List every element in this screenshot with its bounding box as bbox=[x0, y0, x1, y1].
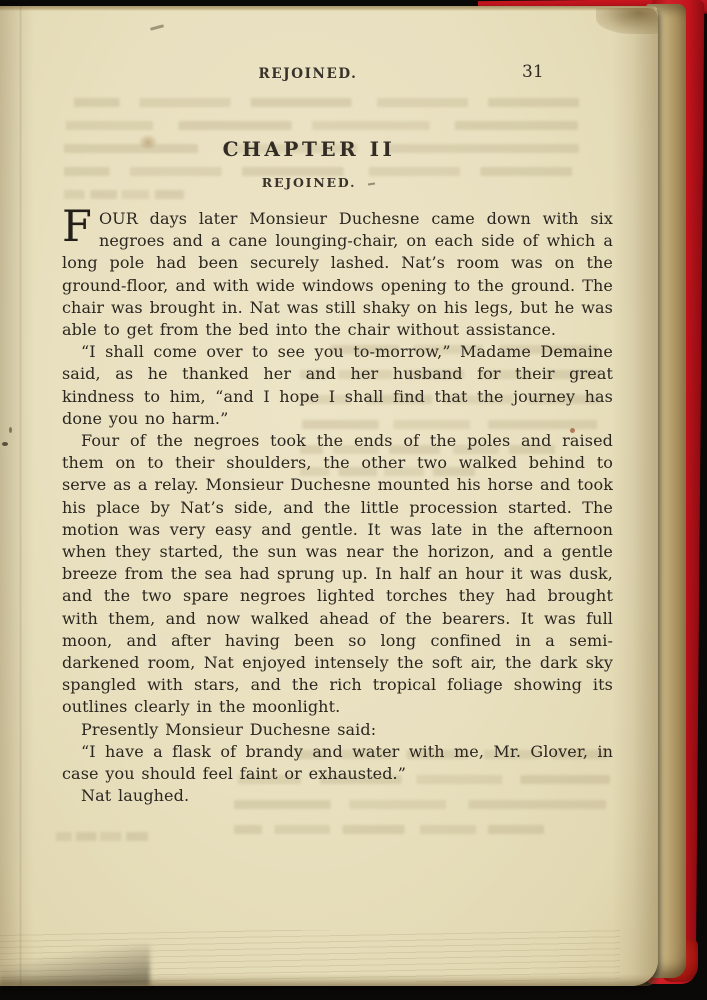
paragraph: “I have a flask of brandy and water with… bbox=[62, 741, 613, 785]
bleedthrough-line bbox=[66, 121, 578, 130]
bleedthrough-line bbox=[74, 98, 579, 107]
right-edge-shadow bbox=[612, 6, 658, 986]
paragraph: Presently Monsieur Duchesne said: bbox=[62, 719, 613, 741]
gutter-shadow bbox=[0, 6, 34, 986]
bleedthrough-line bbox=[56, 832, 148, 841]
paragraph: Nat laughed. bbox=[62, 785, 613, 807]
chapter-subtitle: REJOINED. bbox=[62, 175, 556, 190]
gutter-crease bbox=[19, 6, 22, 986]
paper-speck bbox=[150, 24, 164, 31]
book-scan: REJOINED. 31 CHAPTER II REJOINED. FOUR d… bbox=[0, 0, 707, 1000]
page-surface: REJOINED. 31 CHAPTER II REJOINED. FOUR d… bbox=[0, 6, 658, 986]
running-head: REJOINED. bbox=[62, 66, 554, 82]
paragraph: FOUR days later Monsieur Duchesne came d… bbox=[62, 208, 613, 341]
paper-speck bbox=[2, 442, 8, 446]
bottom-left-shadow bbox=[0, 944, 150, 986]
page-number: 31 bbox=[522, 62, 544, 82]
body-text: FOUR days later Monsieur Duchesne came d… bbox=[62, 208, 613, 807]
paragraph: “I shall come over to see you to-morrow,… bbox=[62, 341, 613, 430]
bleedthrough-line bbox=[234, 825, 544, 834]
page-top-edge bbox=[0, 6, 658, 11]
paragraph: Four of the negroes took the ends of the… bbox=[62, 430, 613, 719]
paper-speck bbox=[9, 427, 12, 433]
bleedthrough-line bbox=[64, 190, 184, 199]
chapter-heading: CHAPTER II bbox=[62, 137, 556, 161]
